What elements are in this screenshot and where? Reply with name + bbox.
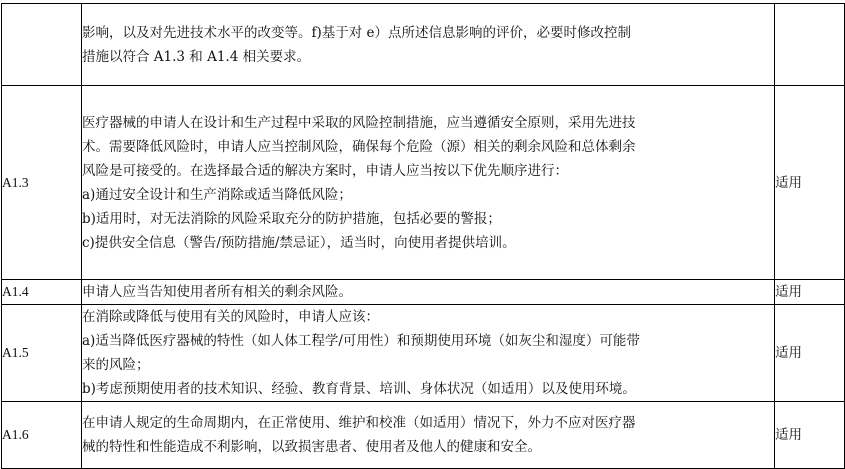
table-row: A1.5 在消除或降低与使用有关的风险时，申请人应该： a)适当降低医疗器械的特… <box>2 305 845 402</box>
text-line: 械的特性和性能造成不利影响，以致损害患者、使用者及他人的健康和安全。 <box>82 435 774 459</box>
table-row: A1.3 医疗器械的申请人在设计和生产过程中采取的风险控制措施，应当遵循安全原则… <box>2 86 845 280</box>
table-row: A1.6 在申请人规定的生命周期内，在正常使用、维护和校准（如适用）情况下，外力… <box>2 402 845 469</box>
requirement-text-cell: 影响，以及对先进技术水平的改变等。f)基于对 e）点所述信息影响的评价，必要时修… <box>82 4 775 86</box>
text-line: 医疗器械的申请人在设计和生产过程中采取的风险控制措施，应当遵循安全原则，采用先进… <box>82 111 774 135</box>
clause-id-cell <box>2 4 82 86</box>
text-line: 来的风险； <box>82 353 774 377</box>
text-line: b)适用时，对无法消除的风险采取充分的防护措施，包括必要的警报； <box>82 207 774 231</box>
table-row: A1.4 申请人应当告知使用者所有相关的剩余风险。 适用 <box>2 280 845 305</box>
text-line: a)适当降低医疗器械的特性（如人体工程学/可用性）和预期使用环境（如灰尘和湿度）… <box>82 329 774 353</box>
text-line: 风险是可接受的。在选择最合适的解决方案时，申请人应当按以下优先顺序进行： <box>82 159 774 183</box>
text-line: b)考虑预期使用者的技术知识、经验、教育背景、培训、身体状况（如适用）以及使用环… <box>82 377 774 401</box>
clause-id-cell: A1.5 <box>2 305 82 402</box>
text-line: c)提供安全信息（警告/预防措施/禁忌证），适当时，向使用者提供培训。 <box>82 231 774 255</box>
text-line: 影响，以及对先进技术水平的改变等。f)基于对 e）点所述信息影响的评价，必要时修… <box>82 21 774 45</box>
text-line: 措施以符合 A1.3 和 A1.4 相关要求。 <box>82 45 774 69</box>
clause-id-cell: A1.3 <box>2 86 82 280</box>
text-line: 在申请人规定的生命周期内，在正常使用、维护和校准（如适用）情况下，外力不应对医疗… <box>82 411 774 435</box>
text-line: a)通过安全设计和生产消除或适当降低风险； <box>82 183 774 207</box>
applicability-cell: 适用 <box>775 280 845 305</box>
applicability-cell <box>775 4 845 86</box>
applicability-cell: 适用 <box>775 305 845 402</box>
table-row: 影响，以及对先进技术水平的改变等。f)基于对 e）点所述信息影响的评价，必要时修… <box>2 4 845 86</box>
requirements-table: 影响，以及对先进技术水平的改变等。f)基于对 e）点所述信息影响的评价，必要时修… <box>1 3 845 469</box>
requirement-text-cell: 在申请人规定的生命周期内，在正常使用、维护和校准（如适用）情况下，外力不应对医疗… <box>82 402 775 469</box>
text-line: 在消除或降低与使用有关的风险时，申请人应该： <box>82 305 774 329</box>
requirement-text-cell: 申请人应当告知使用者所有相关的剩余风险。 <box>82 280 775 305</box>
clause-id-cell: A1.6 <box>2 402 82 469</box>
requirement-text-cell: 在消除或降低与使用有关的风险时，申请人应该： a)适当降低医疗器械的特性（如人体… <box>82 305 775 402</box>
applicability-cell: 适用 <box>775 402 845 469</box>
requirement-text-cell: 医疗器械的申请人在设计和生产过程中采取的风险控制措施，应当遵循安全原则，采用先进… <box>82 86 775 280</box>
applicability-cell: 适用 <box>775 86 845 280</box>
clause-id-cell: A1.4 <box>2 280 82 305</box>
text-line: 申请人应当告知使用者所有相关的剩余风险。 <box>82 280 774 304</box>
text-line: 术。需要降低风险时，申请人应当控制风险，确保每个危险（源）相关的剩余风险和总体剩… <box>82 135 774 159</box>
